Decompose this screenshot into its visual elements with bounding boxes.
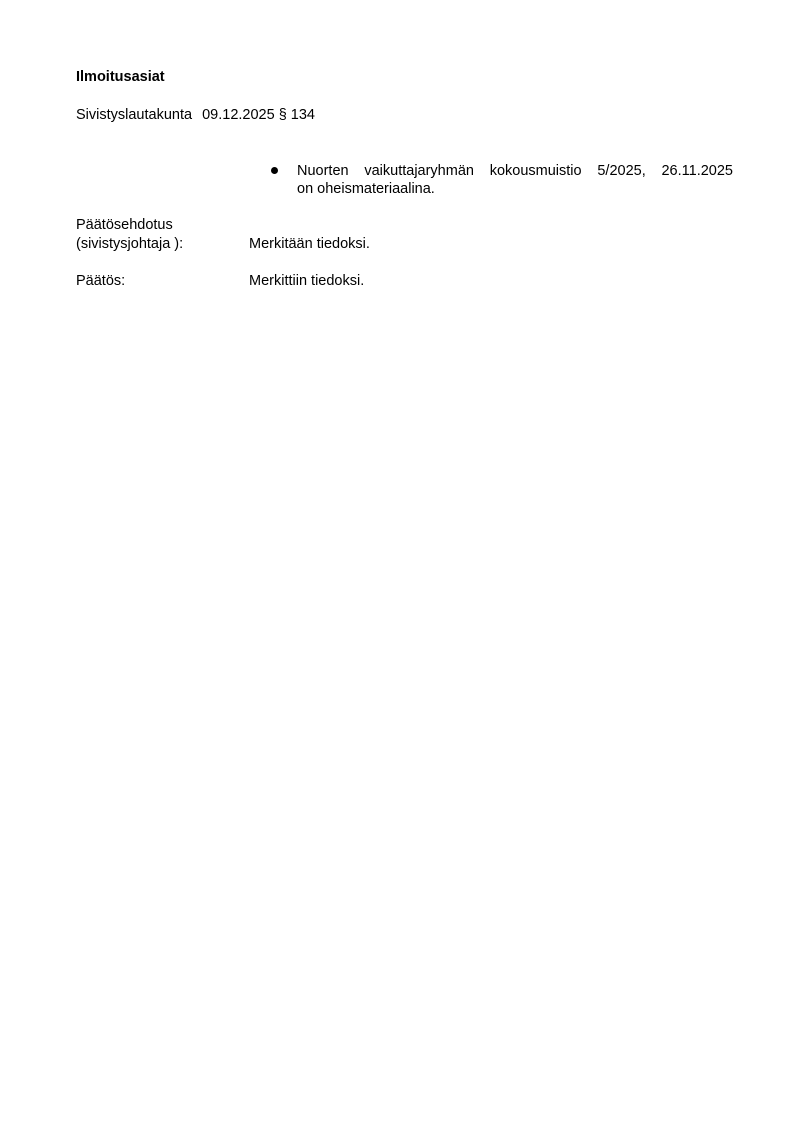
list-item-text-line2: on oheismateriaalina. [297,180,733,198]
page-title: Ilmoitusasiat [76,69,165,86]
decision-text: Merkittiin tiedoksi. [249,273,364,290]
proposal-label-line1: Päätösehdotus [76,217,173,234]
proposal-text: Merkitään tiedoksi. [249,236,370,253]
proposal-label-line2: (sivistysjohtaja ): [76,236,183,253]
list-item: Nuorten vaikuttajaryhmän kokousmuistio 5… [271,162,733,198]
list-item-text: Nuorten vaikuttajaryhmän kokousmuistio 5… [297,162,733,198]
meeting-reference: Sivistyslautakunta 09.12.2025 § 134 [76,107,315,124]
decision-label: Päätös: [76,273,125,290]
list-item-text-line1: Nuorten vaikuttajaryhmän kokousmuistio 5… [297,162,733,180]
bullet-icon [271,167,278,174]
meeting-date: 09.12.2025 [202,107,275,123]
meeting-section: § 134 [279,107,315,123]
meeting-body: Sivistyslautakunta [76,107,192,123]
